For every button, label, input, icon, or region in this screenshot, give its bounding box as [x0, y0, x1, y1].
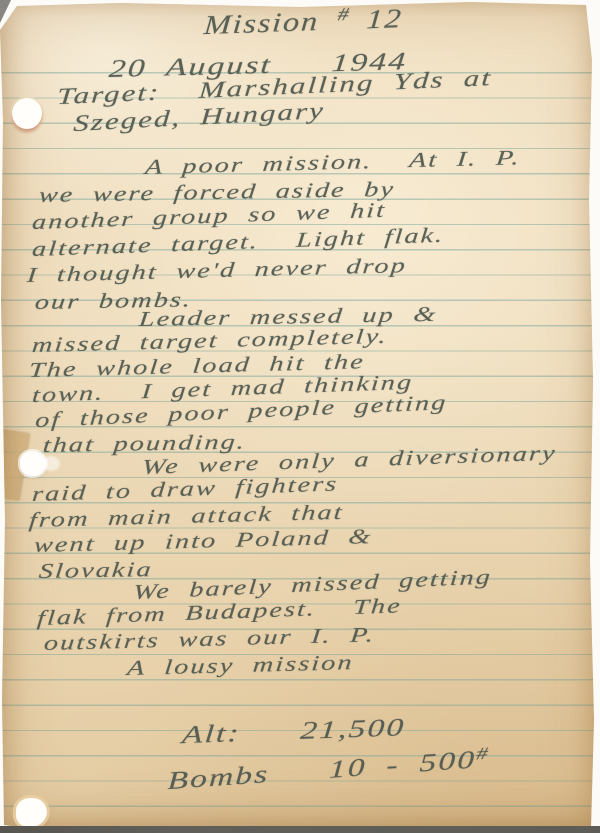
notebook-paper: Mission # 1220 August 1944Target: Marsha…	[0, 0, 600, 833]
body-line: A poor mission. At I. P.	[144, 145, 522, 179]
scanned-page-photo: Mission # 1220 August 1944Target: Marsha…	[0, 0, 600, 833]
title-line: Mission # 12	[203, 3, 404, 41]
handwriting-layer: Mission # 1220 August 1944Target: Marsha…	[0, 0, 600, 833]
photo-bottom-edge	[0, 826, 600, 833]
altitude-line: Alt: 21,500	[181, 714, 406, 751]
bombs-line: Bombs 10 - 500#	[167, 746, 488, 797]
closing-line: A lousy mission	[126, 650, 355, 680]
